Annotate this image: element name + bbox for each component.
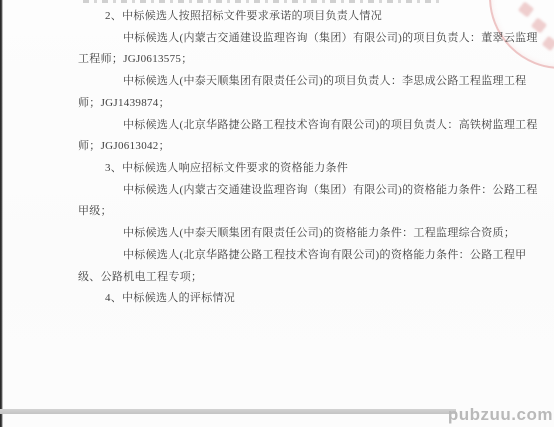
- document-body: 2、中标候选人按照招标文件要求承诺的项目负责人情况 中标候选人(内蒙古交通建设监…: [78, 6, 548, 310]
- doc-line-candidate-2-cert: 师；JGJ1439874；: [78, 93, 548, 115]
- doc-line-section-3-heading: 3、中标候选人响应招标文件要求的资格能力条件: [78, 158, 548, 180]
- cutoff-text-remnant: [83, 0, 443, 3]
- doc-line-candidate-3-manager: 中标候选人(北京华路捷公路工程技术咨询有限公司)的项目负责人：高铁树监理工程: [78, 115, 548, 137]
- doc-line-qualification-3-cont: 级、公路机电工程专项；: [78, 267, 548, 289]
- doc-line-qualification-1-cont: 甲级；: [78, 201, 548, 223]
- doc-line-candidate-3-cert: 师；JGJ0613042；: [78, 136, 548, 158]
- watermark-bar: [0, 409, 456, 414]
- doc-line-qualification-3: 中标候选人(北京华路捷公路工程技术咨询有限公司)的资格能力条件：公路工程甲: [78, 245, 548, 267]
- doc-line-section-2-heading: 2、中标候选人按照招标文件要求承诺的项目负责人情况: [78, 6, 548, 28]
- scan-edge: [0, 0, 3, 427]
- doc-line-candidate-2-manager: 中标候选人(中泰天顺集团有限责任公司)的项目负责人：李思成公路工程监理工程: [78, 71, 548, 93]
- watermark-site-text: pubzuu.com: [448, 402, 553, 427]
- doc-line-candidate-1-cert: 工程师；JGJ0613575；: [78, 49, 548, 71]
- doc-line-candidate-1-manager: 中标候选人(内蒙古交通建设监理咨询（集团）有限公司)的项目负责人：董翠云监理: [78, 28, 548, 50]
- doc-line-qualification-1: 中标候选人(内蒙古交通建设监理咨询（集团）有限公司)的资格能力条件：公路工程: [78, 180, 548, 202]
- doc-line-section-4-heading: 4、中标候选人的评标情况: [78, 288, 548, 310]
- doc-line-qualification-2: 中标候选人(中泰天顺集团有限责任公司)的资格能力条件：工程监理综合资质；: [78, 223, 548, 245]
- document-page: 2、中标候选人按照招标文件要求承诺的项目负责人情况 中标候选人(内蒙古交通建设监…: [0, 0, 554, 427]
